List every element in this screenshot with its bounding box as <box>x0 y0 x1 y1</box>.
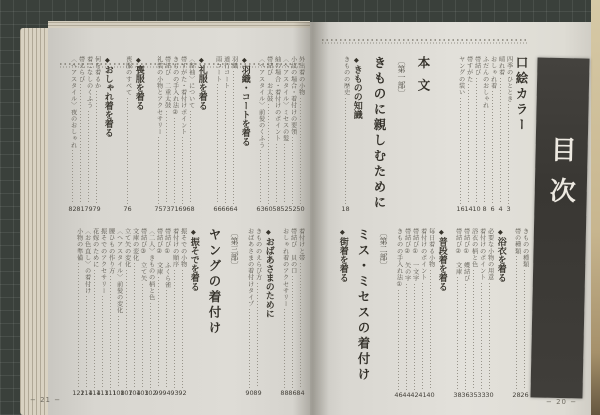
toc-group: 〔第二部〕 <box>376 228 388 398</box>
dotted-leader-icon <box>430 270 431 390</box>
toc-entry: 帯結び③ 立て矢103 <box>139 228 146 396</box>
toc-entry: ふだんのおしゃれ8 <box>481 56 488 212</box>
dotted-leader-icon <box>276 144 277 204</box>
toc-group: 口絵カラー四季のひととき3晴れ着4おしゃれ着6ふだんのおしゃれ8帯結び10帯すが… <box>456 56 528 212</box>
toc-entry-label: 着こなしのくふう <box>85 56 91 109</box>
toc-entry-label: 帯結び 貝の口 <box>289 228 295 274</box>
toc-entry: きもののえらび方89 <box>254 228 261 396</box>
dotted-leader-icon <box>182 137 183 203</box>
toc-entry: 外出着の小物50 <box>297 56 304 212</box>
section-heading: ◆街着を着る <box>336 228 348 398</box>
dotted-leader-icon <box>174 270 175 388</box>
toc-entry: 振そでの小物92 <box>179 228 186 396</box>
toc-entry: 四季のひととき3 <box>505 56 512 212</box>
dotted-leader-icon <box>96 91 97 204</box>
toc-entry: 〈ヘアスタイル〉前髪のくふう63 <box>257 56 264 212</box>
toc-entry: 何を着るか79 <box>93 56 100 212</box>
diamond-bullet-icon: ◆ <box>497 228 504 236</box>
dotted-leader-icon <box>492 91 493 204</box>
toc-entry-label: 帯結び② 文庫 <box>155 228 161 275</box>
section-heading: ◆喪服を着る <box>132 56 144 212</box>
dotted-leader-icon <box>406 284 407 390</box>
toc-entry: 帯結び② 矢の字44 <box>403 228 410 398</box>
toc-entry: 道行コート66 <box>222 56 229 212</box>
dotted-leader-icon <box>150 303 151 388</box>
dotted-leader-icon <box>300 263 301 388</box>
toc-entry: 着付けのポイント33 <box>478 228 485 398</box>
toc-entry-page-number: 4 <box>498 206 502 213</box>
dotted-leader-icon <box>217 84 218 203</box>
dotted-leader-icon <box>126 270 127 388</box>
toc-entry-label: 帯すがた・着付けポイント <box>179 56 185 135</box>
toc-entry-label: 着付けと帯 <box>297 228 303 261</box>
toc-entry: おしゃれ着のアクセサリー88 <box>281 228 288 396</box>
toc-entry: 花嫁のために114 <box>91 228 98 396</box>
dotted-leader-icon <box>500 78 501 204</box>
dotted-leader-icon <box>257 283 258 388</box>
toc-entry-label: 帯えらび <box>77 56 83 82</box>
toc-entry: 帯すがた14 <box>465 56 472 212</box>
dotted-leader-icon <box>127 98 128 204</box>
toc-entry-page-number: 84 <box>296 390 304 397</box>
section-heading-label: 振そでを着る <box>188 237 197 291</box>
toc-entry-label: 外出着の小物 <box>297 56 303 96</box>
toc-entry-page-number: 79 <box>92 206 100 213</box>
toc-entry-label: 帯結び① 一文字 <box>411 228 417 282</box>
toc-entry-page-number: 50 <box>296 206 304 213</box>
toc-entry-page-number: 89 <box>253 390 261 397</box>
toc-entry-label: 着付けのポイント <box>419 228 425 281</box>
part-label: 〔第二部〕 <box>377 228 388 398</box>
dotted-leader-icon <box>190 111 191 204</box>
diamond-bullet-icon: ◆ <box>190 228 197 236</box>
section-heading-label: おしゃれ着を着る <box>102 65 111 137</box>
dotted-leader-icon <box>489 283 490 390</box>
section-heading-label: 浴衣を着る <box>495 237 504 282</box>
toc-entry-label: 礼装の小物とアクセサリー <box>155 56 161 135</box>
toc-entry-label: きものの手入れ法② <box>171 56 177 116</box>
toc-entry-label: 浴衣の柄と色 <box>470 228 476 268</box>
dotted-leader-icon <box>174 118 175 203</box>
toc-entry-label: 帯結び③ 立て矢 <box>139 228 145 282</box>
toc-entry-label: 帯の種類 <box>513 228 519 254</box>
diamond-bullet-icon: ◆ <box>104 56 111 64</box>
part-label: 〔第一部〕 <box>395 56 406 212</box>
toc-entry-label: 帯結び② 矢の字 <box>403 228 409 282</box>
right-page-bottom-band: きものの種類26帯の種類28◆浴衣を着る必要な小物の用意30着付けのポイント33… <box>320 228 528 398</box>
dotted-leader-icon <box>158 277 159 388</box>
toc-group: ◆礼服を着る〈留袖〉について68帯すがた・着付けポイント69きものの手入れ法②7… <box>154 56 207 212</box>
dotted-leader-icon <box>516 256 517 389</box>
section-heading-label: 羽織・コートを着る <box>239 65 248 146</box>
toc-entry-label: おばあさまの着付けタイプ <box>246 228 252 307</box>
toc-entry-page-number: 10 <box>472 206 480 213</box>
dotted-leader-icon <box>414 284 415 390</box>
toc-group: ◆街着を着る <box>335 228 348 398</box>
toc-entry: ヤングの装い16 <box>457 56 464 212</box>
toc-entry-label: 〈ヘアスタイル〉前髪のくふう <box>257 56 263 148</box>
dotted-leader-icon <box>166 290 167 387</box>
toc-entry-label: 立て矢の変化 <box>123 228 129 268</box>
toc-entry: 帯結び10 <box>473 56 480 212</box>
toc-entry: 振そでのアクセサリー113 <box>99 228 106 396</box>
chapter-heading: 口絵カラー <box>513 56 528 212</box>
dotted-leader-icon <box>94 270 95 388</box>
dotted-leader-icon <box>284 144 285 204</box>
toc-entry: 帯結び① ふくら雀94 <box>163 228 170 396</box>
toc-entry: 着こなしのくふう79 <box>85 56 92 212</box>
toc-entry-label: 道行コート <box>222 56 228 89</box>
toc-entry: 帯結び① 一文字42 <box>411 228 418 398</box>
section-heading-label: おばあさまのために <box>263 237 272 318</box>
dotted-leader-icon <box>78 263 79 388</box>
dotted-leader-icon <box>508 104 509 203</box>
diamond-bullet-icon: ◆ <box>135 56 142 64</box>
diamond-bullet-icon: ◆ <box>438 228 445 236</box>
toc-entry-label: きものの歴史 <box>342 56 348 96</box>
diamond-bullet-icon: ◆ <box>198 56 205 64</box>
book-cover-edge <box>591 0 600 415</box>
section-heading: ◆浴衣を着る <box>494 228 506 398</box>
photo-of-open-book: { "icons": { "diamond_bullet": "◆" }, "c… <box>0 0 600 415</box>
section-heading-label: 普段着を着る <box>436 237 445 291</box>
toc-title: 目次 <box>542 136 581 219</box>
toc-group: 本文 <box>414 56 430 212</box>
dotted-leader-icon <box>249 309 250 387</box>
dotted-leader-icon <box>268 104 269 203</box>
right-page-number: − 20 − <box>546 398 577 406</box>
toc-entry-page-number: 18 <box>341 206 349 213</box>
toc-entry-page-number: 8 <box>482 206 486 213</box>
toc-entry: 腰ひもの作り方111 <box>107 228 114 396</box>
toc-entry: 〈ヘアスタイル〉ミセスの髪52 <box>281 56 288 212</box>
toc-entry-label: 必要な小物の用意 <box>486 228 492 281</box>
toc-entry-page-number: 92 <box>178 390 186 397</box>
toc-entry: きものの手入れ法②71 <box>171 56 178 212</box>
toc-group: 外出着の小物50小紋の場合・着付けの要領52〈ヘアスタイル〉ミセスの髪52紬の場… <box>256 56 304 212</box>
toc-group: ヤングの着付け <box>205 228 221 396</box>
left-page-bottom-band: 着付けと帯84帯結び 貝の口86おしゃれ着のアクセサリー88◆おばあさまのために… <box>56 228 304 396</box>
toc-entry: 小紋の場合・着付けの要領52 <box>289 56 296 212</box>
toc-group: きものの種類26帯の種類28 <box>512 228 528 398</box>
left-page-number: − 21 − <box>30 396 61 404</box>
toc-entry-label: 振そでの小物 <box>179 228 185 268</box>
toc-entry: 帯結び 二重太鼓73 <box>163 56 170 212</box>
toc-entry: 帯結び② 文庫38 <box>454 228 461 398</box>
toc-entry: 帯結び② 文庫99 <box>155 228 162 396</box>
dotted-leader-icon <box>292 276 293 387</box>
section-heading: ◆おしゃれ着を着る <box>101 56 113 212</box>
dotted-leader-icon <box>481 283 482 390</box>
toc-group: ◆きものの知識きものの歴史18 <box>341 56 362 212</box>
toc-group: ◆羽織・コートを着る羽織64道行コート66雨コート66 <box>213 56 250 212</box>
toc-entry-label: 帯結び① ふくら雀 <box>163 228 169 288</box>
toc-entry: 〈留袖〉について68 <box>187 56 194 212</box>
dotted-leader-icon <box>86 296 87 388</box>
toc-group: ◆振そでを着る振そでの小物92着付けの順序93帯結び① ふくら雀94帯結び② 文… <box>74 228 199 396</box>
toc-entry-page-number: 76 <box>123 206 131 213</box>
toc-entry-label: 雨コート <box>214 56 220 82</box>
toc-entry-page-number: 30 <box>485 392 493 399</box>
toc-entry: 着付けの順序93 <box>171 228 178 396</box>
dotted-leader-icon <box>88 111 89 204</box>
toc-entry: 晴れ着4 <box>497 56 504 212</box>
toc-entry-label: 小物の準備 <box>75 228 81 261</box>
toc-entry-label: 振そでのアクセサリー <box>99 228 105 294</box>
toc-entry-label: 喪服のすべて <box>124 56 130 96</box>
section-heading-label: 礼服を着る <box>196 65 205 110</box>
dotted-leader-icon <box>468 84 469 203</box>
chapter-heading: ヤングの着付け <box>206 228 221 396</box>
dotted-leader-icon <box>422 283 423 390</box>
dotted-leader-icon <box>166 111 167 204</box>
toc-entry-label: 腰ひもの作り方 <box>107 228 113 274</box>
toc-entry: 〈ヘアスタイル〉前髪の変化108 <box>115 228 122 396</box>
toc-entry: 〈二人〉きものの柄と色102 <box>147 228 154 396</box>
toc-entry: 礼装の小物とアクセサリー75 <box>155 56 162 212</box>
dotted-leader-icon <box>398 290 399 389</box>
toc-entry-page-number: 40 <box>426 392 434 399</box>
toc-entry-label: 小紋の場合・着付けの要領 <box>289 56 295 135</box>
toc-group: きものに親しむために <box>370 56 386 212</box>
toc-entry-label: 帯すがた <box>465 56 471 82</box>
toc-entry-label: 何を着るか <box>93 56 99 89</box>
dotted-leader-icon <box>158 137 159 203</box>
toc-entry-label: 羽織 <box>230 56 236 69</box>
toc-group: ◆浴衣を着る必要な小物の用意30着付けのポイント33浴衣の柄と色35帯結び① 蝶… <box>453 228 506 398</box>
toc-entry: きものの歴史18 <box>342 56 349 212</box>
section-heading: ◆普段着を着る <box>435 228 447 398</box>
dotted-leader-icon <box>292 137 293 203</box>
toc-entry-label: 帯結び 二重太鼓 <box>163 56 169 109</box>
toc-entry: 帯結び お太鼓60 <box>265 56 272 212</box>
toc-entry-label: おしゃれ着 <box>489 56 495 89</box>
toc-entry-page-number: 3 <box>506 206 510 213</box>
stacked-page-edges-left <box>20 28 48 415</box>
toc-title-box: 目次 <box>530 57 589 398</box>
toc-entry-label: 〈ヘアスタイル〉夜のおしゃれ <box>69 56 75 148</box>
dotted-leader-icon <box>225 91 226 204</box>
dotted-leader-icon <box>260 150 261 203</box>
toc-entry: 文庫の変化104 <box>131 228 138 396</box>
section-heading: ◆おばあさまのために <box>262 228 274 396</box>
toc-entry-label: 花嫁のために <box>91 228 97 268</box>
diamond-bullet-icon: ◆ <box>265 228 272 236</box>
toc-entry-label: 文庫の変化 <box>131 228 137 261</box>
dotted-leader-icon <box>182 270 183 388</box>
toc-entry-label: きものの手入れ法① <box>395 228 401 288</box>
dotted-leader-icon <box>142 284 143 388</box>
toc-entry-label: 帯結び お太鼓 <box>265 56 271 102</box>
dotted-leader-icon <box>284 309 285 387</box>
toc-entry: 紬の場合・着付けのポイント58 <box>273 56 280 212</box>
toc-entry: 帯えらび81 <box>77 56 84 212</box>
toc-entry-label: 毎日着る小物 <box>427 228 433 268</box>
dotted-leader-icon <box>345 98 346 204</box>
toc-entry: 羽織64 <box>230 56 237 212</box>
toc-entry-label: 〈二人〉きものの柄と色 <box>147 228 153 301</box>
toc-entry-label: 〈ヘアスタイル〉前髪の変化 <box>115 228 121 314</box>
toc-entry-label: 帯結び <box>473 56 479 76</box>
left-page-top-band: 外出着の小物50小紋の場合・着付けの要領52〈ヘアスタイル〉ミセスの髪52紬の場… <box>56 56 304 212</box>
toc-entry: 帯すがた・着付けポイント69 <box>179 56 186 212</box>
toc-entry-label: 〈ヘアスタイル〉ミセスの髪 <box>281 56 287 142</box>
dotted-leader-icon <box>476 78 477 204</box>
toc-entry-page-number: 68 <box>186 206 194 213</box>
dotted-leader-icon <box>524 270 525 390</box>
dotted-leader-icon <box>457 277 458 390</box>
dotted-leader-icon <box>473 270 474 390</box>
diamond-bullet-icon: ◆ <box>241 56 248 64</box>
dotted-leader-icon <box>80 84 81 203</box>
dotted-leader-icon <box>102 296 103 388</box>
toc-group: ◆おばあさまのためにきもののえらび方89おばあさまの着付けタイプ90 <box>245 228 274 396</box>
chapter-heading: きものに親しむために <box>371 56 386 212</box>
toc-group: ミス・ミセスの着付け <box>354 228 370 398</box>
dotted-leader-icon <box>460 98 461 204</box>
toc-entry: 〈お色直し〉の着付け114 <box>83 228 90 396</box>
toc-entry: 小物の準備122 <box>75 228 82 396</box>
toc-entry-page-number: 6 <box>490 206 494 213</box>
toc-entry: 浴衣の柄と色35 <box>470 228 477 398</box>
chapter-heading: ミス・ミセスの着付け <box>355 228 370 398</box>
toc-entry: おばあさまの着付けタイプ90 <box>246 228 253 396</box>
toc-entry-label: 帯結び① 蝶結び <box>462 228 468 282</box>
toc-entry-label: おしゃれ着のアクセサリー <box>281 228 287 307</box>
dotted-leader-icon <box>484 111 485 204</box>
toc-entry: 帯の種類28 <box>513 228 520 398</box>
toc-entry: 〈ヘアスタイル〉夜のおしゃれ82 <box>69 56 76 212</box>
toc-entry: 立て矢の変化107 <box>123 228 130 396</box>
toc-entry-page-number: 26 <box>520 392 528 399</box>
dotted-leader-icon <box>300 98 301 204</box>
dotted-leader-icon <box>134 263 135 388</box>
dotted-leader-icon <box>72 150 73 203</box>
toc-entry-label: きもののえらび方 <box>254 228 260 281</box>
toc-entry-label: ふだんのおしゃれ <box>481 56 487 109</box>
toc-entry: 必要な小物の用意30 <box>486 228 493 398</box>
toc-entry: きものの手入れ法①46 <box>395 228 402 398</box>
right-page-top-band: 口絵カラー四季のひととき3晴れ着4おしゃれ着6ふだんのおしゃれ8帯結び10帯すが… <box>320 56 528 212</box>
toc-group: ◆普段着を着る毎日着る小物40着付けのポイント41帯結び① 一文字42帯結び② … <box>394 228 447 398</box>
part-label: 〔第三部〕 <box>228 228 239 396</box>
dotted-leader-icon <box>465 284 466 390</box>
toc-group: 着付けと帯84帯結び 貝の口86おしゃれ着のアクセサリー88 <box>280 228 304 396</box>
section-heading: ◆きものの知識 <box>350 56 362 212</box>
toc-entry-label: 着付けの順序 <box>171 228 177 268</box>
dotted-leader-icon <box>233 71 234 203</box>
section-heading: ◆礼服を着る <box>195 56 207 212</box>
toc-entry-label: きものの種類 <box>521 228 527 268</box>
section-heading: ◆振そでを着る <box>187 228 199 396</box>
toc-entry-label: 〈お色直し〉の着付け <box>83 228 89 294</box>
toc-group: 〔第一部〕 <box>394 56 406 212</box>
dotted-leader-icon <box>110 276 111 387</box>
toc-group: ◆おしゃれ着を着る何を着るか79着こなしのくふう79帯えらび81〈ヘアスタイル〉… <box>68 56 113 212</box>
toc-entry-label: 帯結び② 文庫 <box>454 228 460 275</box>
toc-entry: 喪服のすべて76 <box>124 56 131 212</box>
chapter-heading: 本文 <box>415 56 430 212</box>
toc-entry-page-number: 64 <box>229 206 237 213</box>
diamond-bullet-icon: ◆ <box>339 228 346 236</box>
section-heading-label: きものの知識 <box>351 65 360 119</box>
toc-entry: 帯結び① 蝶結び36 <box>462 228 469 398</box>
toc-entry-label: 四季のひととき <box>505 56 511 102</box>
toc-entry: おしゃれ着6 <box>489 56 496 212</box>
toc-entry-label: 晴れ着 <box>497 56 503 76</box>
toc-entry: 帯結び 貝の口86 <box>289 228 296 396</box>
toc-group: ◆喪服を着る喪服のすべて76 <box>123 56 144 212</box>
toc-entry-label: ヤングの装い <box>457 56 463 96</box>
toc-entry: 毎日着る小物40 <box>427 228 434 398</box>
dotted-leader-icon <box>118 316 119 388</box>
toc-entry: 雨コート66 <box>214 56 221 212</box>
toc-entry-label: 〈留袖〉について <box>187 56 193 109</box>
toc-group: 〔第三部〕 <box>227 228 239 396</box>
toc-entry: 着付けと帯84 <box>297 228 304 396</box>
toc-entry: きものの種類26 <box>521 228 528 398</box>
toc-entry-label: 紬の場合・着付けのポイント <box>273 56 279 142</box>
section-heading-label: 街着を着る <box>337 237 346 282</box>
diamond-bullet-icon: ◆ <box>353 56 360 64</box>
section-heading: ◆羽織・コートを着る <box>238 56 250 212</box>
ornamental-border-right-page <box>322 38 528 44</box>
section-heading-label: 喪服を着る <box>133 65 142 110</box>
toc-entry: 着付けのポイント41 <box>419 228 426 398</box>
toc-entry-label: 着付けのポイント <box>478 228 484 281</box>
